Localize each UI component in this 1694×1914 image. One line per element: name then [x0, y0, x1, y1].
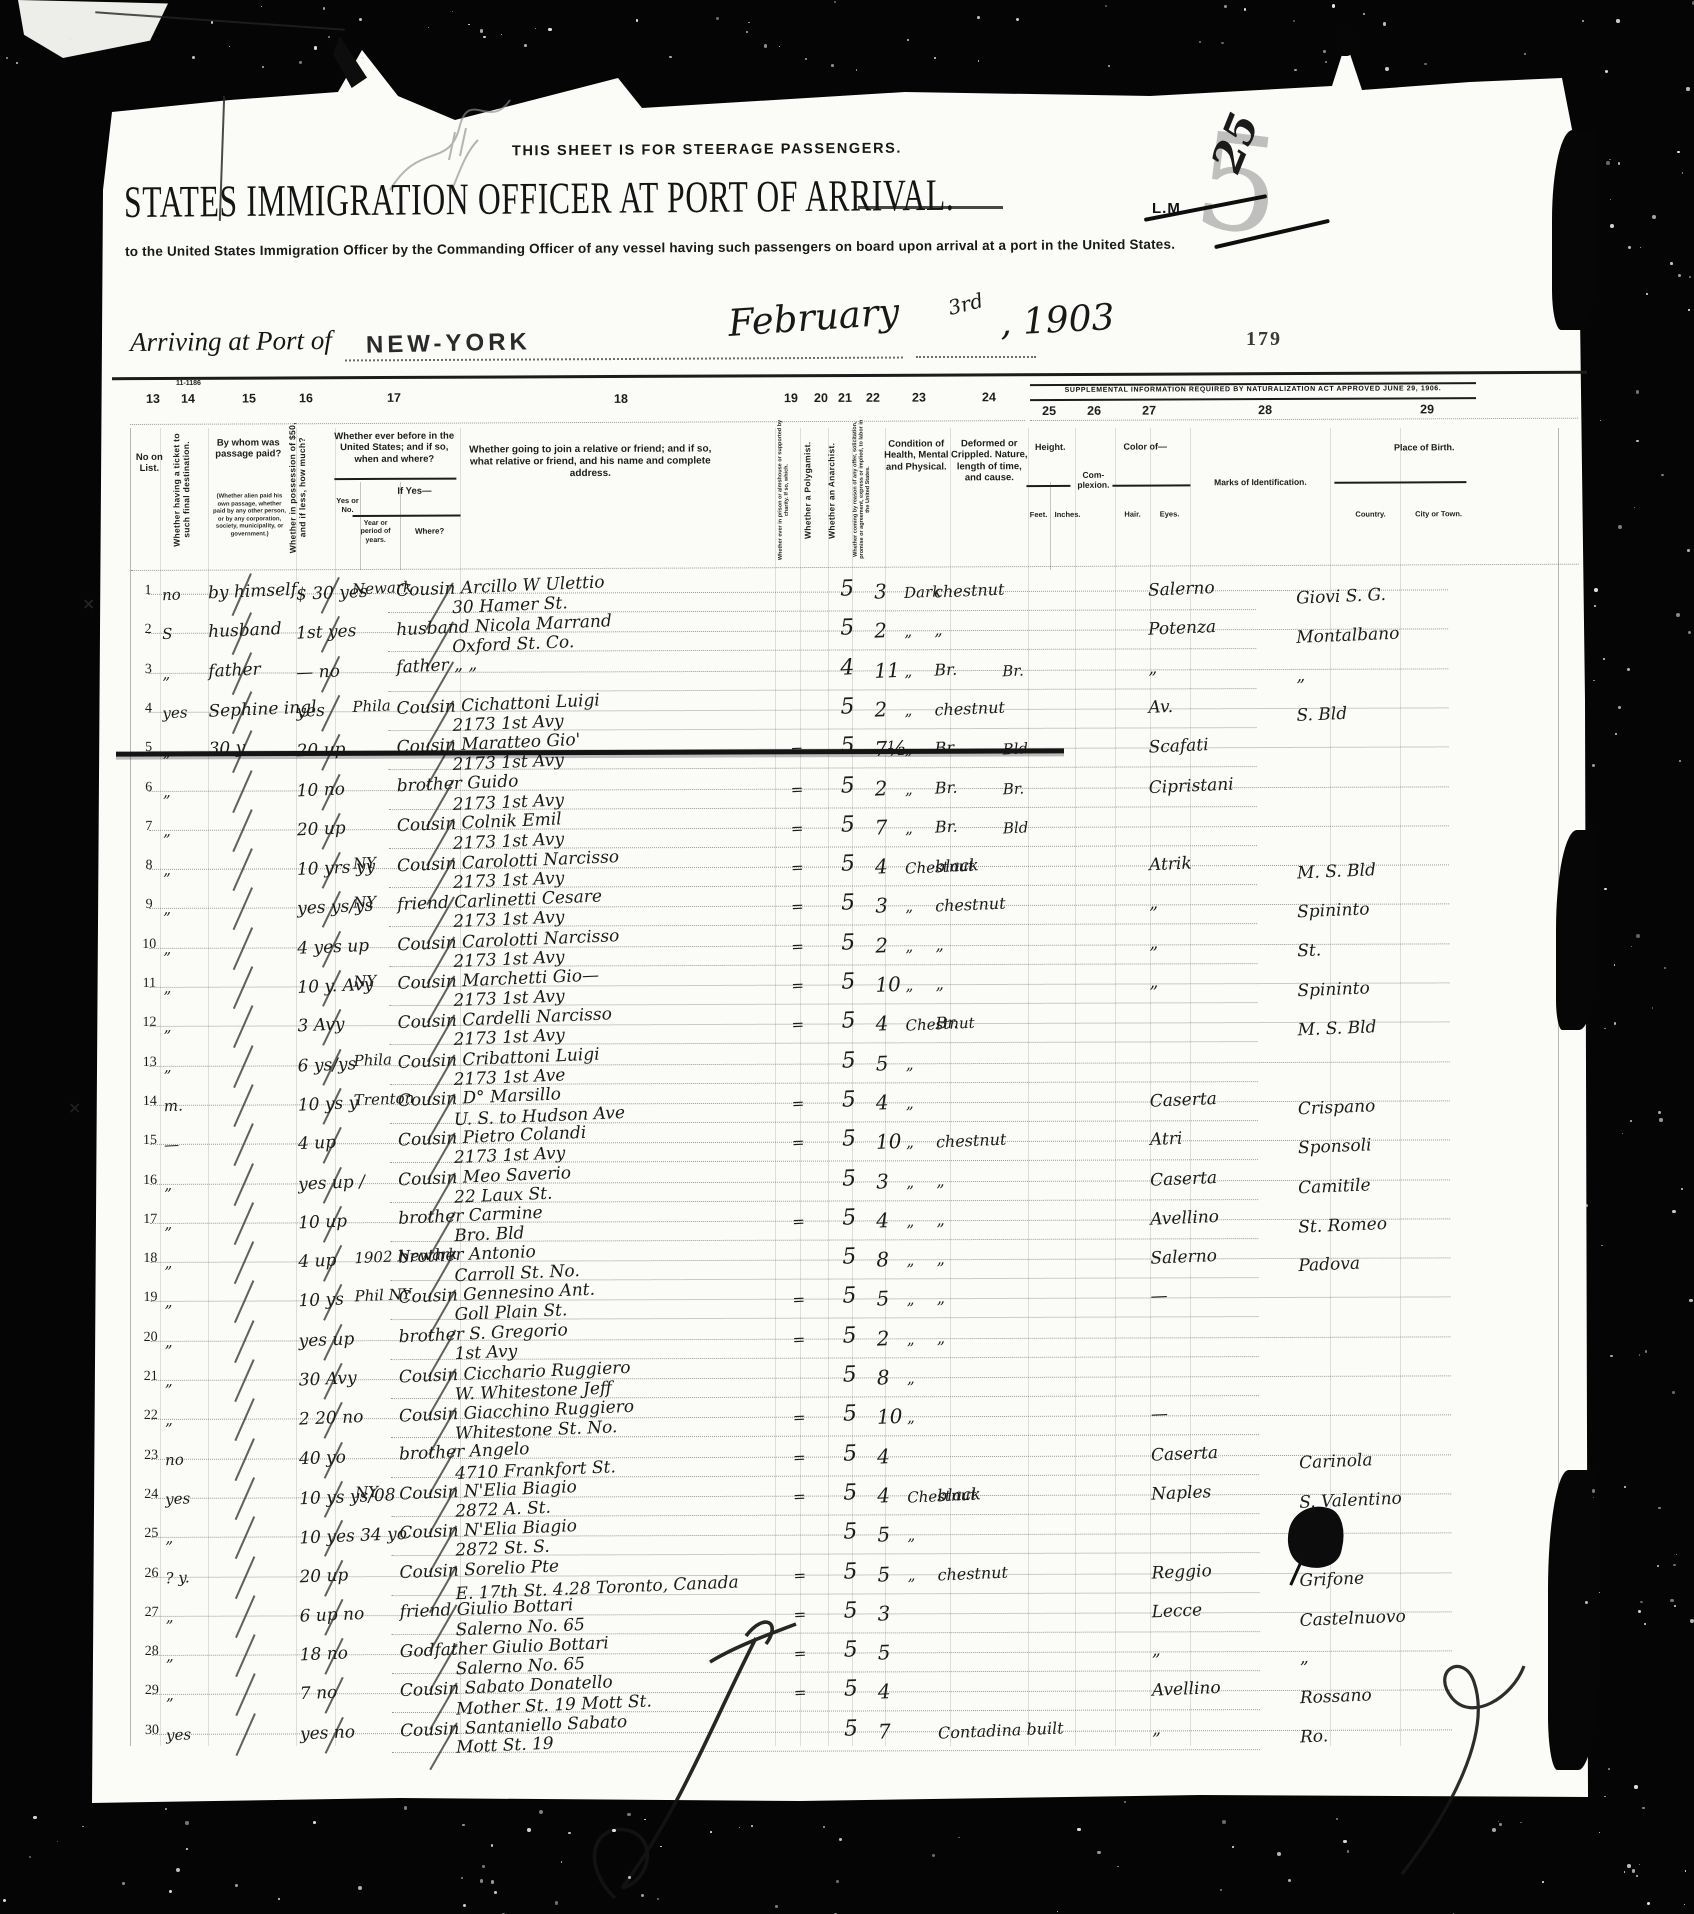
- speckle: [6, 57, 7, 58]
- speckle: [1057, 1911, 1058, 1912]
- speckle: [235, 1884, 238, 1887]
- speckle: [1363, 13, 1365, 15]
- speckle: [1646, 293, 1648, 295]
- speckle: [1593, 1497, 1594, 1498]
- speckle: [1599, 1832, 1601, 1834]
- speckle: [361, 57, 363, 59]
- speckle: [1609, 159, 1611, 161]
- speckle: [1599, 1592, 1600, 1593]
- speckle: [1294, 69, 1297, 72]
- speckle: [907, 39, 909, 41]
- speckle: [1640, 247, 1641, 248]
- speckle: [710, 1831, 712, 1833]
- speckle: [176, 1868, 180, 1872]
- speckle: [463, 1904, 466, 1907]
- speckle: [1677, 151, 1680, 154]
- speckle: [29, 1856, 31, 1858]
- speckle: [278, 1898, 280, 1900]
- speckle: [1627, 668, 1630, 671]
- speckle: [1687, 549, 1690, 552]
- speckle: [1594, 605, 1596, 607]
- speckle: [1332, 4, 1335, 7]
- speckle: [501, 34, 502, 35]
- speckle: [229, 46, 231, 48]
- speckle: [612, 1829, 615, 1832]
- speckle: [1492, 1828, 1496, 1832]
- speckle: [1682, 172, 1683, 173]
- speckle: [1499, 1823, 1502, 1826]
- speckle: [856, 69, 857, 70]
- speckle: [1689, 1299, 1693, 1303]
- speckle: [977, 16, 980, 19]
- speckle: [535, 28, 536, 29]
- scan-speckles: [0, 0, 1694, 1914]
- speckle: [1657, 1565, 1658, 1566]
- speckle: [958, 1837, 959, 1838]
- speckle: [836, 1880, 839, 1883]
- speckle: [1676, 613, 1680, 617]
- speckle: [657, 1898, 659, 1900]
- speckle: [1606, 161, 1610, 165]
- speckle: [779, 46, 780, 47]
- speckle: [524, 44, 527, 47]
- speckle: [739, 1827, 740, 1828]
- speckle: [1325, 61, 1327, 63]
- speckle: [1277, 1852, 1281, 1856]
- speckle: [1610, 224, 1614, 228]
- speckle: [1636, 1875, 1638, 1877]
- speckle: [1108, 65, 1110, 67]
- speckle: [1582, 20, 1584, 22]
- speckle: [1640, 1601, 1643, 1604]
- speckle: [461, 1877, 463, 1879]
- speckle: [1097, 1851, 1100, 1854]
- speckle: [328, 36, 329, 37]
- speckle: [716, 17, 719, 20]
- speckle: [1520, 1822, 1522, 1824]
- speckle: [823, 1826, 825, 1828]
- speckle: [1636, 390, 1640, 394]
- speckle: [1636, 934, 1640, 938]
- speckle: [1614, 1022, 1617, 1025]
- speckle: [323, 7, 326, 10]
- speckle: [1685, 1870, 1687, 1872]
- speckle: [1614, 964, 1615, 965]
- speckle: [1642, 1807, 1644, 1809]
- speckle: [1618, 706, 1621, 709]
- speckle: [1652, 1007, 1653, 1008]
- speckle: [357, 60, 359, 62]
- speckle: [122, 1882, 125, 1885]
- speckle: [1670, 1599, 1673, 1602]
- speckle: [1347, 1850, 1350, 1853]
- speckle: [636, 19, 638, 21]
- speckle: [404, 1806, 408, 1810]
- speckle: [1636, 440, 1639, 443]
- speckle: [186, 1848, 189, 1851]
- speckle: [1616, 19, 1619, 22]
- speckle: [1678, 274, 1681, 277]
- speckle: [831, 64, 834, 67]
- speckle: [834, 1, 836, 3]
- speckle: [1686, 87, 1689, 90]
- speckle: [1622, 1133, 1623, 1134]
- speckle: [669, 56, 672, 59]
- speckle: [482, 1865, 485, 1868]
- speckle: [1630, 1120, 1632, 1122]
- speckle: [555, 1901, 559, 1905]
- speckle: [1672, 1391, 1675, 1394]
- speckle: [491, 1844, 494, 1847]
- speckle: [1594, 588, 1598, 592]
- speckle: [1631, 946, 1632, 947]
- speckle: [1645, 1350, 1648, 1353]
- speckle: [1605, 70, 1608, 73]
- scanned-manifest-page: THIS SHEET IS FOR STEERAGE PASSENGERS. S…: [0, 0, 1694, 1914]
- speckle: [1593, 680, 1594, 681]
- speckle: [1689, 276, 1691, 278]
- speckle: [480, 29, 483, 32]
- speckle: [468, 24, 469, 25]
- speckle: [1618, 525, 1622, 529]
- speckle: [69, 38, 72, 41]
- speckle: [1679, 760, 1681, 762]
- speckle: [1688, 309, 1689, 310]
- speckle: [1232, 1846, 1234, 1848]
- speckle: [1627, 1864, 1631, 1868]
- speckle: [1674, 1605, 1677, 1608]
- speckle: [1639, 1864, 1640, 1865]
- speckle: [494, 1891, 497, 1894]
- speckle: [1624, 1871, 1626, 1873]
- speckle: [462, 1824, 464, 1826]
- speckle: [1661, 474, 1664, 477]
- speckle: [452, 11, 453, 12]
- speckle: [1592, 1489, 1596, 1493]
- speckle: [748, 22, 749, 23]
- speckle: [1336, 1818, 1338, 1820]
- speckle: [839, 1838, 842, 1841]
- speckle: [1638, 1610, 1641, 1613]
- speckle: [1105, 5, 1107, 7]
- speckle: [192, 56, 195, 59]
- speckle: [262, 66, 264, 68]
- speckle: [1585, 1204, 1588, 1207]
- speckle: [33, 1816, 37, 1820]
- speckle: [359, 18, 362, 21]
- speckle: [660, 1846, 662, 1848]
- speckle: [1659, 1118, 1662, 1121]
- speckle: [1684, 1904, 1685, 1905]
- speckle: [1524, 53, 1526, 55]
- speckle: [1592, 764, 1596, 768]
- speckle: [1224, 5, 1227, 8]
- speckle: [539, 1810, 543, 1814]
- speckle: [1634, 1785, 1638, 1789]
- speckle: [805, 58, 808, 61]
- speckle: [1016, 18, 1019, 21]
- speckle: [1383, 22, 1386, 25]
- speckle: [165, 1808, 167, 1810]
- speckle: [59, 11, 61, 13]
- speckle: [483, 36, 485, 38]
- speckle: [1293, 20, 1295, 22]
- speckle: [1670, 262, 1673, 265]
- speckle: [428, 27, 429, 28]
- speckle: [1639, 1354, 1641, 1356]
- speckle: [764, 44, 767, 47]
- speckle: [491, 1880, 494, 1883]
- speckle: [1542, 1881, 1544, 1883]
- speckle: [1632, 1869, 1635, 1872]
- speckle: [82, 1826, 84, 1828]
- speckle: [527, 1828, 531, 1832]
- speckle: [1199, 41, 1201, 43]
- speckle: [1244, 8, 1246, 10]
- speckle: [1385, 67, 1389, 71]
- speckle: [3, 1899, 6, 1902]
- speckle: [1681, 1188, 1683, 1190]
- speckle: [1615, 733, 1617, 735]
- speckle: [1608, 1768, 1610, 1770]
- speckle: [1624, 1486, 1626, 1488]
- speckle: [1221, 42, 1224, 45]
- speckle: [299, 61, 301, 63]
- speckle: [644, 1819, 645, 1820]
- speckle: [1288, 1879, 1291, 1882]
- speckle: [1604, 888, 1606, 890]
- speckle: [1658, 1111, 1661, 1114]
- speckle: [548, 28, 552, 32]
- speckle: [1604, 1796, 1606, 1798]
- speckle: [185, 1821, 188, 1824]
- speckle: [1652, 215, 1656, 219]
- speckle: [1672, 1210, 1676, 1214]
- speckle: [1323, 50, 1326, 53]
- speckle: [627, 1813, 631, 1817]
- speckle: [1628, 246, 1631, 249]
- speckle: [261, 6, 262, 7]
- speckle: [1117, 1866, 1119, 1868]
- speckle: [1610, 199, 1611, 200]
- speckle: [1647, 1902, 1651, 1906]
- speckle: [1124, 1801, 1126, 1803]
- speckle: [1610, 1355, 1613, 1358]
- speckle: [1424, 63, 1426, 65]
- speckle: [934, 57, 936, 59]
- speckle: [1585, 1601, 1588, 1604]
- speckle: [1688, 631, 1691, 634]
- speckle: [1690, 1619, 1694, 1623]
- speckle: [775, 1905, 779, 1909]
- speckle: [313, 1821, 316, 1824]
- speckle: [561, 1861, 563, 1863]
- speckle: [978, 60, 980, 62]
- speckle: [314, 46, 318, 50]
- speckle: [1604, 1028, 1605, 1029]
- speckle: [1658, 1507, 1660, 1509]
- speckle: [568, 1832, 571, 1835]
- speckle: [1077, 1828, 1080, 1831]
- speckle: [1222, 1820, 1226, 1824]
- speckle: [358, 1886, 362, 1890]
- speckle: [169, 1890, 172, 1893]
- speckle: [1603, 658, 1605, 660]
- speckle: [211, 21, 214, 24]
- speckle: [1601, 1245, 1603, 1247]
- speckle: [1634, 507, 1635, 508]
- speckle: [1600, 420, 1601, 421]
- speckle: [932, 1854, 935, 1857]
- speckle: [751, 1825, 753, 1827]
- speckle: [1618, 162, 1621, 165]
- speckle: [1644, 1623, 1646, 1625]
- speckle: [746, 31, 748, 33]
- speckle: [480, 1879, 483, 1882]
- speckle: [641, 1894, 644, 1897]
- speckle: [1343, 1840, 1347, 1844]
- speckle: [16, 62, 18, 64]
- speckle: [1673, 1564, 1675, 1566]
- speckle: [1676, 1554, 1677, 1555]
- speckle: [628, 1876, 632, 1880]
- speckle: [57, 1841, 58, 1842]
- speckle: [1664, 967, 1666, 969]
- speckle: [1220, 1889, 1222, 1891]
